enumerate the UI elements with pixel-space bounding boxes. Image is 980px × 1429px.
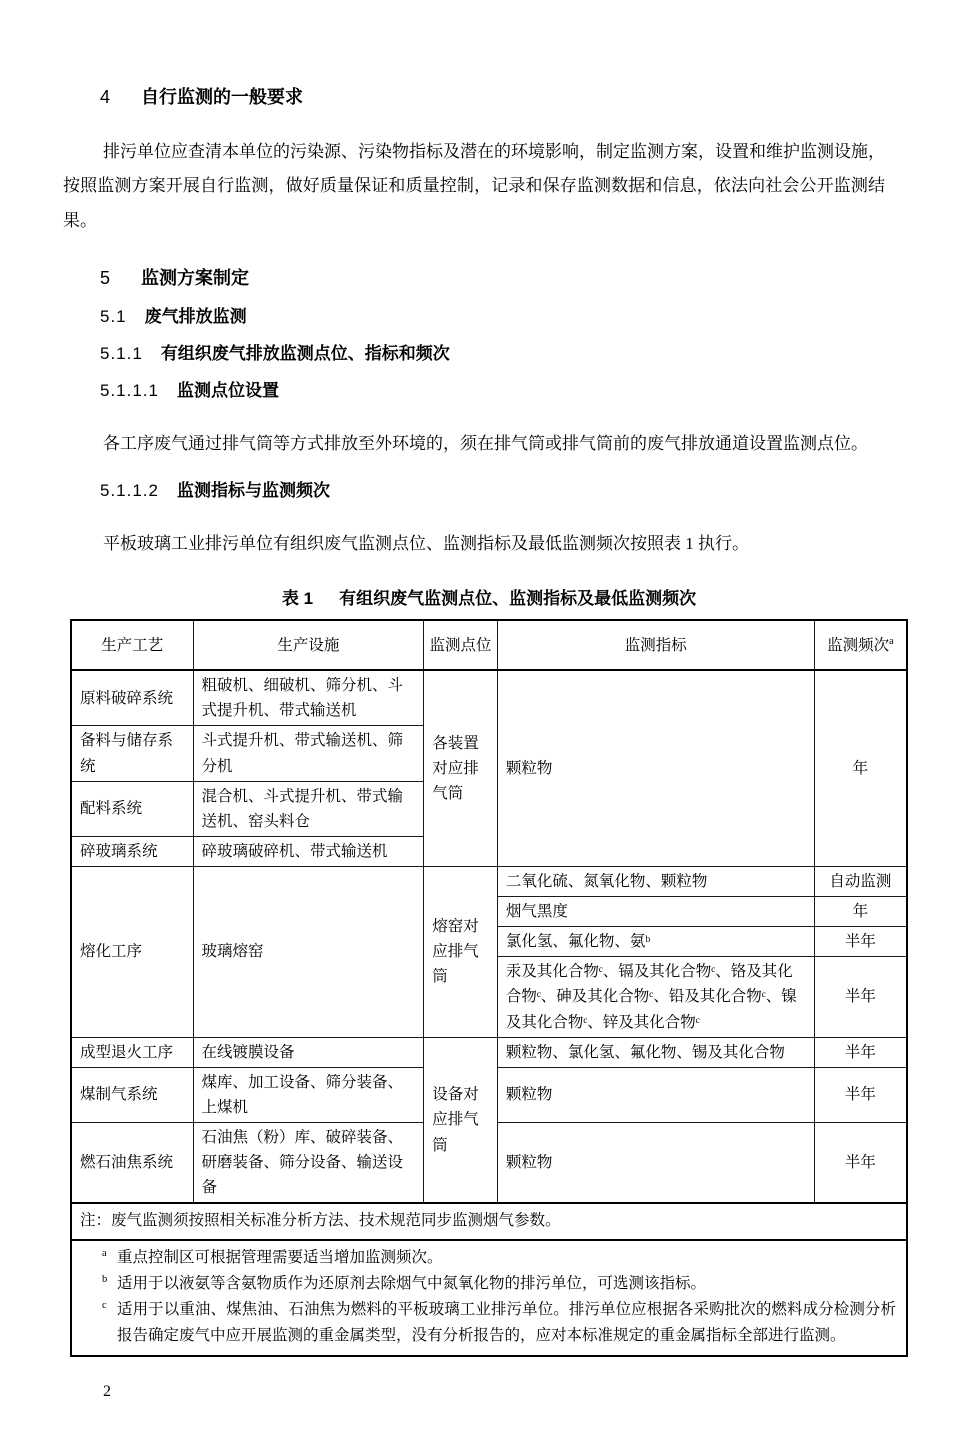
paragraph-table-reference: 平板玻璃工业排污单位有组织废气监测点位、监测指标及最低监测频次按照表 1 执行。 — [63, 527, 885, 562]
monitoring-point-cell: 各装置对应排气筒 — [424, 670, 498, 866]
indicator-cell: 氯化氢、氟化物、氨ᵇ — [497, 927, 814, 957]
monitoring-point-cell: 熔窑对应排气筒 — [424, 866, 498, 1037]
table-row: 原料破碎系统 粗破机、细破机、筛分机、斗式提升机、带式输送机 各装置对应排气筒 … — [71, 670, 907, 726]
process-cell: 熔化工序 — [71, 866, 193, 1037]
process-cell: 煤制气系统 — [71, 1067, 193, 1122]
section-title: 监测点位设置 — [177, 381, 279, 400]
facility-cell: 斗式提升机、带式输送机、筛分机 — [193, 726, 424, 781]
section-5-1-1-heading: 5.1.1有组织废气排放监测点位、指标和频次 — [100, 343, 980, 364]
table-caption-title: 有组织废气监测点位、监测指标及最低监测频次 — [339, 589, 696, 608]
column-header-frequency-label: 监测频次 — [827, 637, 889, 654]
frequency-cell: 自动监测 — [814, 866, 907, 896]
facility-cell: 碎玻璃破碎机、带式输送机 — [193, 836, 424, 866]
column-header-point: 监测点位 — [424, 620, 498, 670]
table-header-row: 生产工艺 生产设施 监测点位 监测指标 监测频次a — [71, 620, 907, 670]
column-header-process: 生产工艺 — [71, 620, 193, 670]
page-number: 2 — [103, 1383, 980, 1401]
section-5-1-1-2-heading: 5.1.1.2监测指标与监测频次 — [100, 480, 980, 501]
column-header-facility: 生产设施 — [193, 620, 424, 670]
footnote-text: 适用于以液氨等含氨物质作为还原剂去除烟气中氮氧化物的排污单位，可选测该指标。 — [117, 1271, 896, 1297]
facility-cell: 石油焦（粉）库、破碎装备、研磨装备、筛分设备、输送设备 — [193, 1122, 424, 1203]
section-title: 监测方案制定 — [141, 268, 249, 288]
monitoring-table: 生产工艺 生产设施 监测点位 监测指标 监测频次a 原料破碎系统 粗破机、细破机… — [70, 619, 908, 1357]
frequency-cell: 年 — [814, 670, 907, 866]
facility-cell: 混合机、斗式提升机、带式输送机、窑头料仓 — [193, 781, 424, 836]
table-footnotes-row: a重点控制区可根据管理需要适当增加监测频次。 b适用于以液氨等含氨物质作为还原剂… — [71, 1240, 907, 1356]
process-cell: 燃石油焦系统 — [71, 1122, 193, 1203]
table-footnotes: a重点控制区可根据管理需要适当增加监测频次。 b适用于以液氨等含氨物质作为还原剂… — [71, 1240, 907, 1356]
frequency-cell: 半年 — [814, 1122, 907, 1203]
section-title: 自行监测的一般要求 — [141, 87, 303, 107]
footnote-marker: c — [102, 1297, 117, 1349]
table-caption-label: 表 1 — [282, 589, 313, 608]
column-header-frequency: 监测频次a — [814, 620, 907, 670]
facility-cell: 煤库、加工设备、筛分装备、上煤机 — [193, 1067, 424, 1122]
section-4-heading: 4自行监测的一般要求 — [100, 86, 980, 109]
section-number: 5 — [100, 268, 111, 288]
indicator-cell: 烟气黑度 — [497, 897, 814, 927]
section-5-1-1-1-heading: 5.1.1.1监测点位设置 — [100, 380, 980, 401]
indicator-cell: 汞及其化合物ᶜ、镉及其化合物ᶜ、铬及其化合物ᶜ、砷及其化合物ᶜ、铅及其化合物ᶜ、… — [497, 957, 814, 1037]
table-caption: 表 1有组织废气监测点位、监测指标及最低监测频次 — [70, 584, 908, 609]
section-title: 有组织废气排放监测点位、指标和频次 — [161, 344, 450, 363]
facility-cell: 玻璃熔窑 — [193, 866, 424, 1037]
footnote-text: 重点控制区可根据管理需要适当增加监测频次。 — [117, 1245, 896, 1271]
section-number: 5.1 — [100, 307, 127, 326]
section-number: 5.1.1.2 — [100, 481, 159, 500]
process-cell: 配料系统 — [71, 781, 193, 836]
footnote-b: b适用于以液氨等含氨物质作为还原剂去除烟气中氮氧化物的排污单位，可选测该指标。 — [102, 1271, 896, 1297]
indicator-cell: 颗粒物、氯化氢、氟化物、锡及其化合物 — [497, 1037, 814, 1067]
indicator-cell: 颗粒物 — [497, 1122, 814, 1203]
process-cell: 备料与储存系统 — [71, 726, 193, 781]
indicator-cell: 颗粒物 — [497, 670, 814, 866]
process-cell: 碎玻璃系统 — [71, 836, 193, 866]
section-number: 5.1.1 — [100, 344, 143, 363]
table-header: 生产工艺 生产设施 监测点位 监测指标 监测频次a — [71, 620, 907, 670]
table-row: 成型退火工序 在线镀膜设备 设备对应排气筒 颗粒物、氯化氢、氟化物、锡及其化合物… — [71, 1037, 907, 1067]
frequency-cell: 半年 — [814, 1067, 907, 1122]
table-note: 注：废气监测须按照相关标准分析方法、技术规范同步监测烟气参数。 — [71, 1203, 907, 1239]
facility-cell: 在线镀膜设备 — [193, 1037, 424, 1067]
table-row: 熔化工序 玻璃熔窑 熔窑对应排气筒 二氧化硫、氮氧化物、颗粒物 自动监测 — [71, 866, 907, 896]
process-cell: 原料破碎系统 — [71, 670, 193, 726]
footnote-text: 适用于以重油、煤焦油、石油焦为燃料的平板玻璃工业排污单位。排污单位应根据各采购批… — [117, 1297, 896, 1349]
process-cell: 成型退火工序 — [71, 1037, 193, 1067]
footnote-marker: a — [102, 1245, 117, 1271]
section-number: 5.1.1.1 — [100, 381, 159, 400]
paragraph-general-requirements: 排污单位应查清本单位的污染源、污染物指标及潜在的环境影响，制定监测方案，设置和维… — [63, 135, 885, 240]
column-header-indicator: 监测指标 — [497, 620, 814, 670]
section-5-heading: 5监测方案制定 — [100, 267, 980, 290]
table-note-row: 注：废气监测须按照相关标准分析方法、技术规范同步监测烟气参数。 — [71, 1203, 907, 1239]
facility-cell: 粗破机、细破机、筛分机、斗式提升机、带式输送机 — [193, 670, 424, 726]
frequency-cell: 年 — [814, 897, 907, 927]
monitoring-point-cell: 设备对应排气筒 — [424, 1037, 498, 1203]
frequency-cell: 半年 — [814, 1037, 907, 1067]
section-title: 废气排放监测 — [145, 307, 247, 326]
frequency-cell: 半年 — [814, 957, 907, 1037]
section-number: 4 — [100, 87, 111, 107]
paragraph-monitoring-points: 各工序废气通过排气筒等方式排放至外环境的，须在排气筒或排气筒前的废气排放通道设置… — [63, 427, 885, 462]
document-page: 4自行监测的一般要求 排污单位应查清本单位的污染源、污染物指标及潜在的环境影响，… — [0, 0, 980, 1429]
footnote-c: c适用于以重油、煤焦油、石油焦为燃料的平板玻璃工业排污单位。排污单位应根据各采购… — [102, 1297, 896, 1349]
indicator-cell: 颗粒物 — [497, 1067, 814, 1122]
frequency-cell: 半年 — [814, 927, 907, 957]
section-5-1-heading: 5.1废气排放监测 — [100, 306, 980, 327]
footnote-marker: b — [102, 1271, 117, 1297]
footnote-a: a重点控制区可根据管理需要适当增加监测频次。 — [102, 1245, 896, 1271]
indicator-cell: 二氧化硫、氮氧化物、颗粒物 — [497, 866, 814, 896]
footnote-ref-a: a — [889, 636, 893, 647]
section-title: 监测指标与监测频次 — [177, 481, 330, 500]
